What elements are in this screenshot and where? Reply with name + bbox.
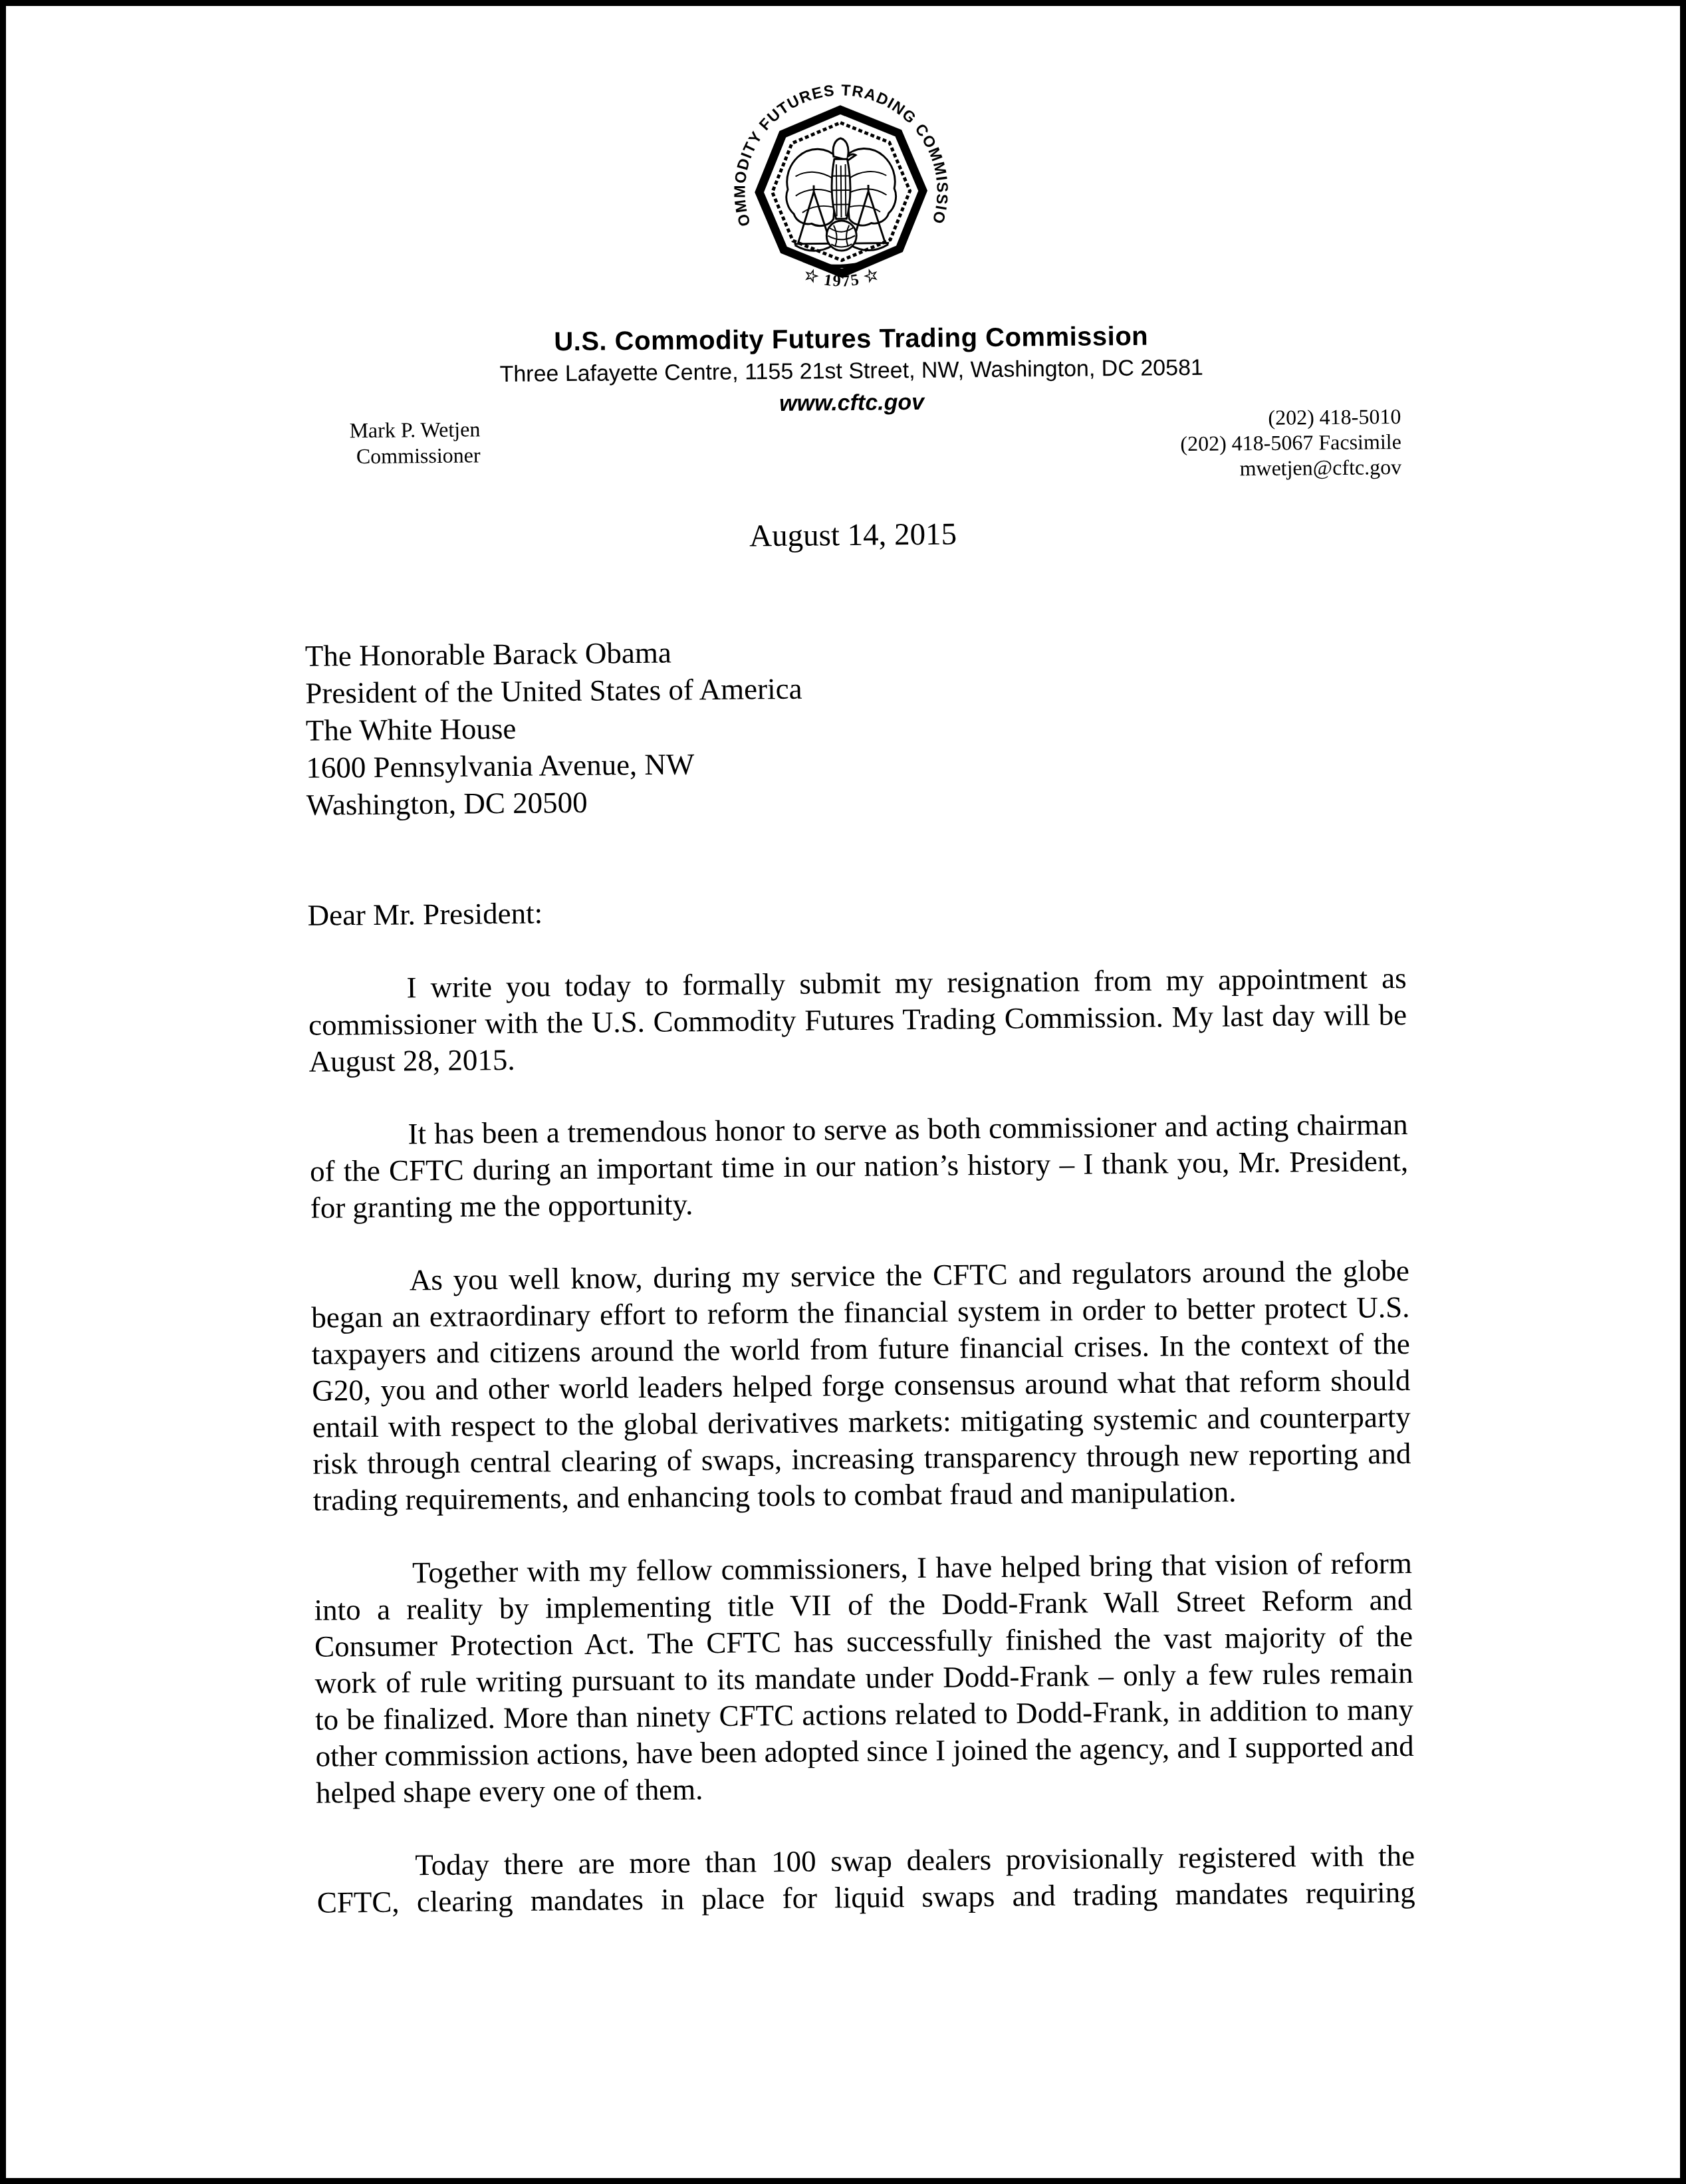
scanned-letter-page: COMMODITY FUTURES TRADING COMMISSION ☆ 1… <box>0 0 1686 2184</box>
recipient-line: 1600 Pennsylvania Avenue, NW <box>306 745 803 787</box>
eagle-icon <box>786 138 896 226</box>
recipient-line: The Honorable Barack Obama <box>305 633 802 675</box>
scan-content: COMMODITY FUTURES TRADING COMMISSION ☆ 1… <box>0 0 1686 2184</box>
paragraph: Together with my fellow commissioners, I… <box>314 1545 1415 1812</box>
cotton-boll-icon <box>826 221 856 251</box>
recipient-line: President of the United States of Americ… <box>305 670 802 712</box>
recipient-block: The Honorable Barack Obama President of … <box>305 633 804 824</box>
paragraph: As you well know, during my service the … <box>311 1253 1412 1519</box>
paragraph: Today there are more than 100 swap deale… <box>316 1838 1415 1921</box>
recipient-line: Washington, DC 20500 <box>306 782 804 824</box>
cftc-seal: COMMODITY FUTURES TRADING COMMISSION ☆ 1… <box>730 80 953 303</box>
cftc-seal-graphic: COMMODITY FUTURES TRADING COMMISSION ☆ 1… <box>730 80 953 303</box>
paragraph: It has been a tremendous honor to serve … <box>309 1106 1409 1227</box>
letter-body: Dear Mr. President: I write you today to… <box>307 886 1415 1921</box>
salutation: Dear Mr. President: <box>307 886 1405 934</box>
recipient-line: The White House <box>306 707 803 749</box>
contact-block: (202) 418-5010 (202) 418-5067 Facsimile … <box>302 404 1401 490</box>
paragraph: I write you today to formally submit my … <box>308 960 1407 1080</box>
date-line: August 14, 2015 <box>304 512 1402 558</box>
